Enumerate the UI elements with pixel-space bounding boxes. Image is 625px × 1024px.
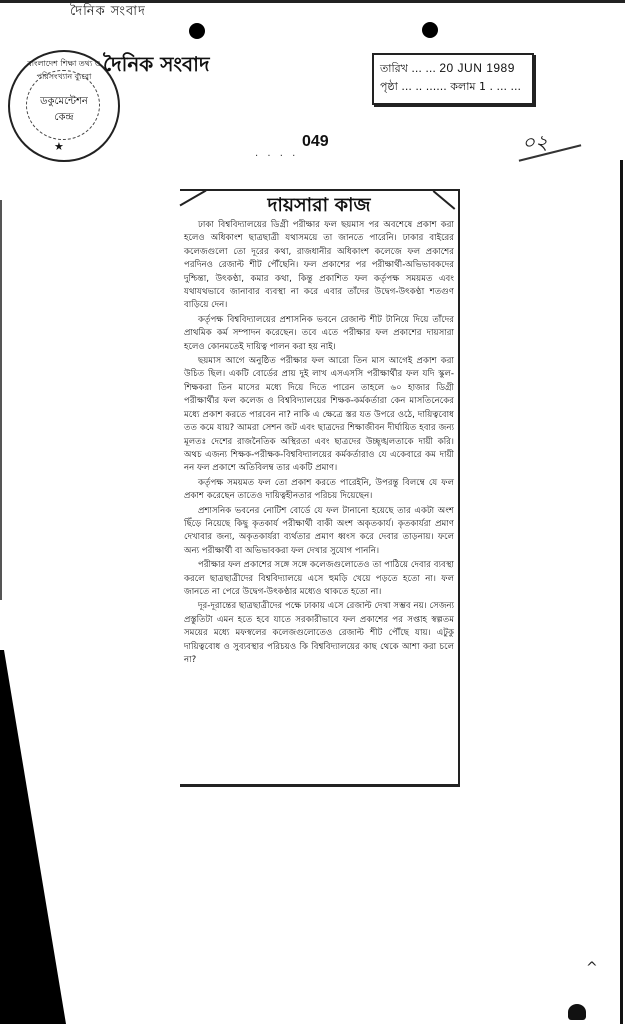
caret-mark-icon: ^ [586,960,598,976]
scan-right-edge [620,160,623,1024]
scan-shadow-wedge [0,0,625,1024]
ink-blot-icon [568,1004,586,1020]
